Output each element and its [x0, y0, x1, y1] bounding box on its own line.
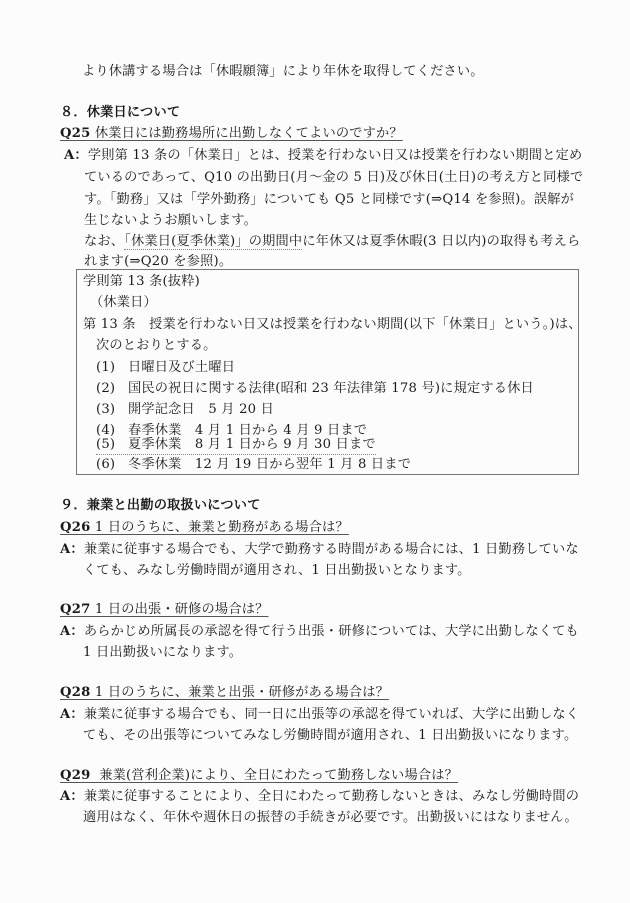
excerpt-item: (6)冬季休業 12 月 19 日から翌年 1 月 8 日まで — [96, 456, 411, 474]
excerpt-item: (2)国民の祝日に関する法律(昭和 23 年法律第 178 号)に規定する休日 — [96, 380, 534, 398]
answer-label: A： — [60, 789, 84, 804]
question-number: Q27 — [60, 602, 90, 617]
answer-label: A： — [60, 542, 84, 557]
excerpt-article: 第 13 条 授業を行わない日又は授業を行わない期間(以下「休業日」という。)は… — [83, 316, 582, 334]
answer-text: 兼業に従事する場合でも、同一日に出張等の承認を得ていれば、大学に出勤しなく — [84, 707, 579, 722]
item-number: (1) — [96, 359, 128, 377]
answer-line: くても、みなし労働時間が適用され、1 日出勤扱いとなります。 — [83, 562, 471, 580]
question-title: 1 日のうちに、兼業と出張・研修がある場合は？ — [90, 685, 389, 700]
answer-text: 兼業に従事することにより、全日にわたって勤務しないときは、みなし労働時間の — [84, 789, 579, 804]
answer-label: A： — [60, 707, 84, 722]
question-number: Q25 — [60, 126, 90, 141]
answer-line: A：学則第 13 条の「休業日」とは、授業を行わない日又は授業を行わない期間と定… — [64, 147, 582, 165]
note-prefix: なお、 — [84, 234, 124, 249]
excerpt-article: 次のとおりとする。 — [96, 337, 217, 355]
section-heading-8: ８．休業日について — [60, 104, 180, 122]
answer-line: A：兼業に従事する場合でも、大学で勤務する時間がある場合には、1 日勤務していな — [60, 541, 579, 559]
question-q28: Q28 1 日のうちに、兼業と出張・研修がある場合は？ — [60, 684, 389, 702]
answer-note: なお、「休業日(夏季休業)」の期間中に年休又は夏季休暇(3 日以内)の取得も考え… — [84, 233, 580, 251]
excerpt-caption: （休業日） — [90, 294, 157, 312]
question-q25: Q25 休業日には勤務場所に出勤しなくてよいのですか？ — [60, 125, 403, 143]
question-title: 兼業(営利企業)により、全日にわたって勤務しない場合は？ — [90, 768, 458, 783]
note-suffix: に年休又は夏季休暇(3 日以内)の取得も考えら — [302, 234, 580, 249]
answer-line: A：兼業に従事することにより、全日にわたって勤務しないときは、みなし労働時間の — [60, 788, 579, 806]
answer-text: 学則第 13 条の「休業日」とは、授業を行わない日又は授業を行わない期間と定め — [88, 148, 583, 163]
item-text: 日曜日及び土曜日 — [128, 360, 235, 375]
item-number: (5) — [96, 436, 128, 454]
item-text: 冬季休業 12 月 19 日から翌年 1 月 8 日まで — [128, 457, 411, 472]
question-number: Q29 — [60, 768, 90, 783]
note-underlined: 「休業日(夏季休業)」の期間中 — [124, 234, 302, 250]
item-number: (3) — [96, 401, 128, 419]
item-number: (2) — [96, 380, 128, 398]
answer-text: あらかじめ所属長の承認を得て行う出張・研修については、大学に出勤しなくても — [84, 624, 579, 639]
answer-label: A： — [60, 624, 84, 639]
question-title: 休業日には勤務場所に出勤しなくてよいのですか？ — [95, 126, 403, 141]
excerpt-item: (1)日曜日及び土曜日 — [96, 359, 235, 377]
item-text: 夏季休業 8 月 1 日から 9 月 30 日まで — [128, 437, 376, 452]
excerpt-item: (3)開学記念日 5 月 20 日 — [96, 401, 274, 419]
question-number: Q26 — [60, 520, 90, 535]
excerpt-title: 学則第 13 条(抜粋) — [83, 273, 200, 291]
answer-line: A：あらかじめ所属長の承認を得て行う出張・研修については、大学に出勤しなくても — [60, 623, 579, 641]
question-title: 1 日の出張・研修の場合は？ — [90, 602, 268, 617]
question-q27: Q27 1 日の出張・研修の場合は？ — [60, 601, 268, 619]
item-text: 開学記念日 5 月 20 日 — [128, 402, 274, 417]
answer-label: A： — [64, 148, 88, 163]
answer-line: 1 日出勤扱いになります。 — [83, 644, 242, 662]
intro-line: より休講する場合は「休暇願簿」により年休を取得してください。 — [82, 63, 484, 81]
answer-line: A：兼業に従事する場合でも、同一日に出張等の承認を得ていれば、大学に出勤しなく — [60, 706, 579, 724]
question-title: 1 日のうちに、兼業と勤務がある場合は？ — [90, 520, 348, 535]
answer-line: 生じないようお願いします。 — [84, 212, 257, 230]
answer-text: 兼業に従事する場合でも、大学で勤務する時間がある場合には、1 日勤務していな — [84, 542, 579, 557]
section-heading-9: ９．兼業と出勤の取扱いについて — [60, 497, 261, 515]
answer-line: ているのであって、Q10 の出勤日(月～金の 5 日)及び休日(土日)の考え方と… — [84, 169, 583, 187]
answer-line: す。「勤務」又は「学外勤務」についても Q5 と同様です(⇒Q14 を参照)。誤… — [84, 191, 574, 209]
question-q26: Q26 1 日のうちに、兼業と勤務がある場合は？ — [60, 519, 349, 537]
question-q29: Q29 兼業(営利企業)により、全日にわたって勤務しない場合は？ — [60, 767, 458, 785]
item-number: (6) — [96, 456, 128, 474]
excerpt-item: (5)夏季休業 8 月 1 日から 9 月 30 日まで — [96, 436, 376, 455]
question-number: Q28 — [60, 685, 90, 700]
answer-line: 適用はなく、年休や週休日の振替の手続きが必要です。出勤扱いにはなりません。 — [83, 809, 578, 827]
item-text: 国民の祝日に関する法律(昭和 23 年法律第 178 号)に規定する休日 — [128, 381, 534, 396]
answer-line: ても、その出張等についてみなし労働時間が適用され、1 日出勤扱いになります。 — [83, 727, 577, 745]
